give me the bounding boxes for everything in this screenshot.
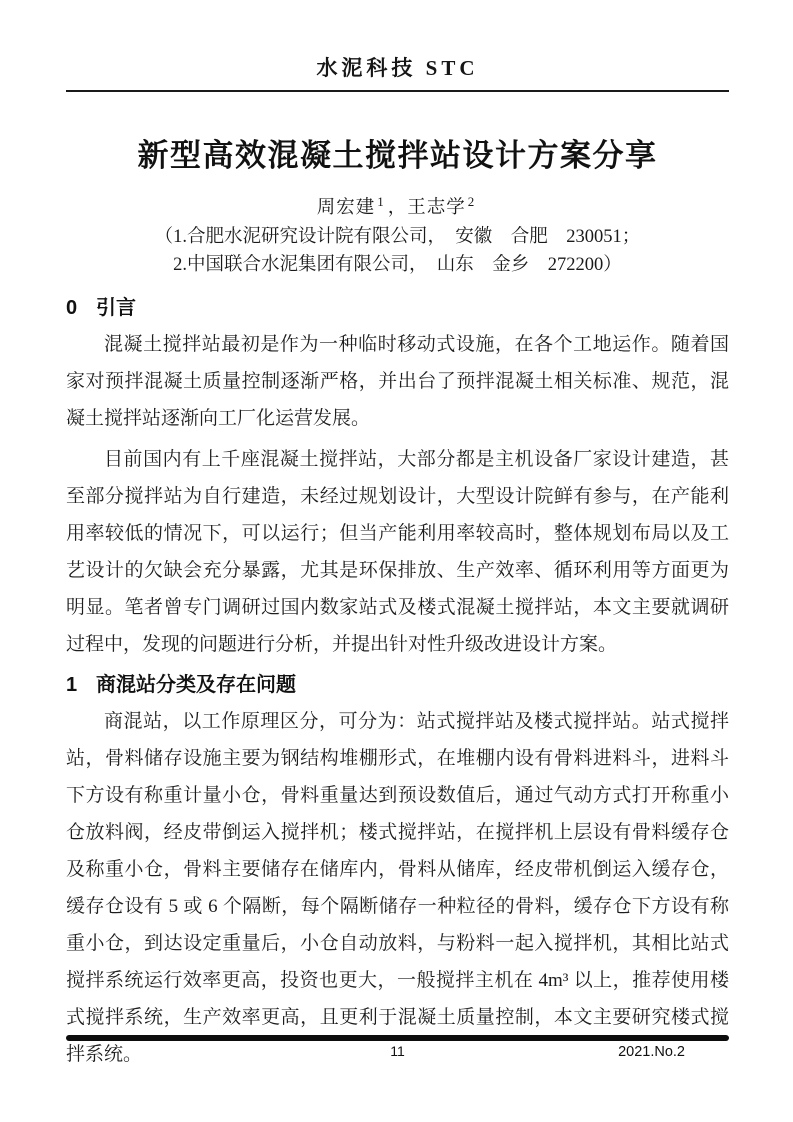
section-1-paragraph-1: 商混站，以工作原理区分，可分为：站式搅拌站及楼式搅拌站。站式搅拌站，骨料储存设施… <box>66 703 729 1073</box>
issue-label: 2021.No.2 <box>618 1044 685 1060</box>
section-0-heading: 0引言 <box>66 294 729 322</box>
author-1-name: 周宏建 <box>317 198 376 218</box>
authors-separator: ， <box>388 198 408 218</box>
section-1: 1商混站分类及存在问题 商混站，以工作原理区分，可分为：站式搅拌站及楼式搅拌站。… <box>66 671 729 1073</box>
affiliation-line-1: （1.合肥水泥研究设计院有限公司， 安徽 合肥 230051； <box>66 223 729 251</box>
footer-bar <box>66 1035 729 1041</box>
section-0-paragraph-2: 目前国内有上千座混凝土搅拌站，大部分都是主机设备厂家设计建造，甚至部分搅拌站为自… <box>66 441 729 663</box>
section-1-heading: 1商混站分类及存在问题 <box>66 671 729 699</box>
section-0-title: 引言 <box>96 297 136 319</box>
section-0-number: 0 <box>66 294 96 322</box>
section-1-number: 1 <box>66 671 96 699</box>
page-footer: 11 2021.No.2 <box>66 1035 729 1065</box>
authors-line: 周宏建1，王志学2 <box>66 193 729 219</box>
section-1-title: 商混站分类及存在问题 <box>96 674 296 696</box>
header-rule <box>66 90 729 92</box>
author-2-name: 王志学 <box>407 198 466 218</box>
page-content: 水泥科技 STC 新型高效混凝土搅拌站设计方案分享 周宏建1，王志学2 （1.合… <box>0 0 793 1073</box>
section-0: 0引言 混凝土搅拌站最初是作为一种临时移动式设施，在各个工地运作。随着国家对预拌… <box>66 294 729 663</box>
affiliation-line-2: 2.中国联合水泥集团有限公司， 山东 金乡 272200） <box>66 251 729 279</box>
footer-row: 11 2021.No.2 <box>66 1043 729 1065</box>
author-2-superscript: 2 <box>466 194 479 209</box>
author-1-superscript: 1 <box>375 194 388 209</box>
document-page: 水泥科技 STC 新型高效混凝土搅拌站设计方案分享 周宏建1，王志学2 （1.合… <box>0 0 793 1122</box>
journal-title: 水泥科技 STC <box>66 0 729 82</box>
section-0-paragraph-1: 混凝土搅拌站最初是作为一种临时移动式设施，在各个工地运作。随着国家对预拌混凝土质… <box>66 326 729 437</box>
article-title: 新型高效混凝土搅拌站设计方案分享 <box>66 130 729 175</box>
